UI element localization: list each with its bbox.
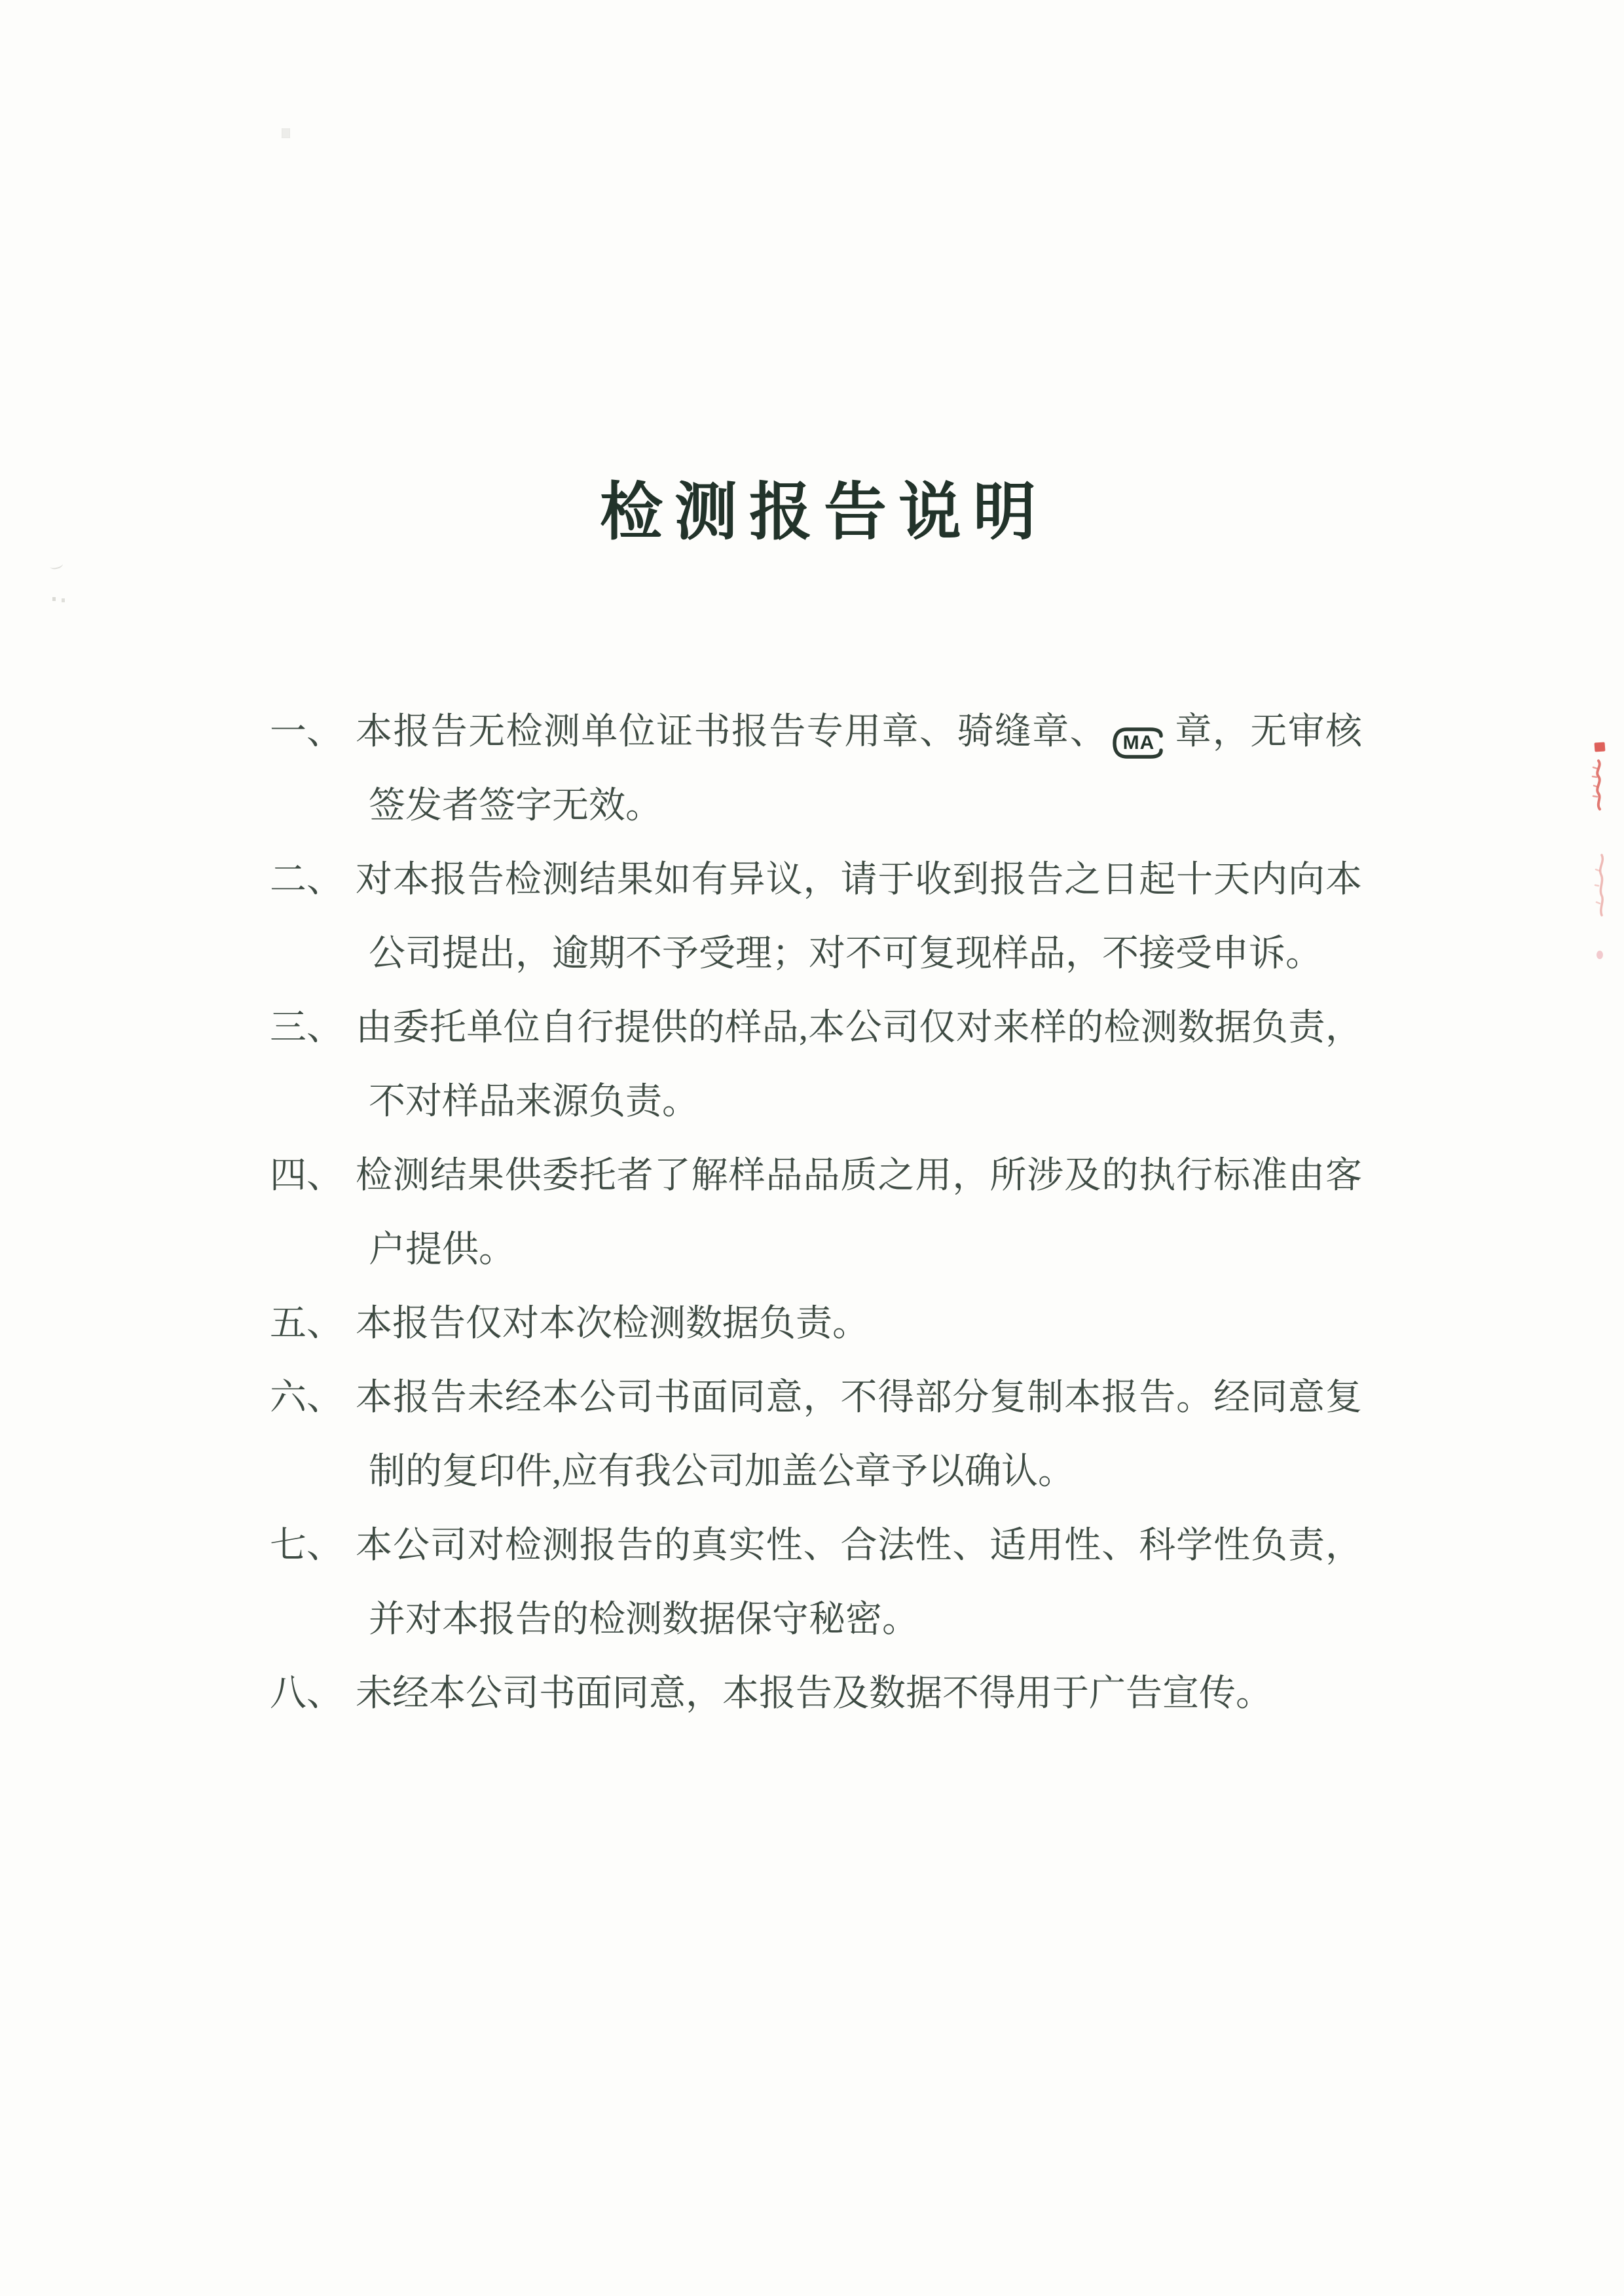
note-item-4: 四、 检测结果供委托者了解样品品质之用，所涉及的执行标准由客 户提供。 <box>270 1139 1362 1287</box>
note-item-1: 一、 本报告无检测单位证书报告专用章、骑缝章、MA章，无审核 签发者签字无效。 <box>270 695 1362 843</box>
note-line: 制的复印件,应有我公司加盖公章予以确认。 <box>356 1435 1362 1509</box>
note-line: 本报告未经本公司书面同意，不得部分复制本报告。经同意复 <box>356 1361 1362 1435</box>
item-number: 八、 <box>270 1657 356 1731</box>
cma-mark-icon: MA <box>1111 726 1170 760</box>
note-line: 本报告仅对本次检测数据负责。 <box>356 1287 1362 1361</box>
note-line: 不对样品来源负责。 <box>356 1065 1362 1139</box>
note-line: 本报告无检测单位证书报告专用章、骑缝章、MA章，无审核 <box>356 695 1362 769</box>
notes-list: 一、 本报告无检测单位证书报告专用章、骑缝章、MA章，无审核 签发者签字无效。 … <box>270 695 1362 1731</box>
note-item-8: 八、 未经本公司书面同意，本报告及数据不得用于广告宣传。 <box>270 1657 1362 1731</box>
note-line: 对本报告检测结果如有异议，请于收到报告之日起十天内向本 <box>356 843 1362 917</box>
note-item-6: 六、 本报告未经本公司书面同意，不得部分复制本报告。经同意复 制的复印件,应有我… <box>270 1361 1362 1509</box>
item-number: 一、 <box>270 695 356 843</box>
note-line: 由委托单位自行提供的样品,本公司仅对来样的检测数据负责， <box>356 991 1362 1065</box>
stamp-dot <box>1596 951 1603 959</box>
note-item-5: 五、 本报告仅对本次检测数据负责。 <box>270 1287 1362 1361</box>
scan-speck <box>49 560 64 571</box>
note-line: 未经本公司书面同意，本报告及数据不得用于广告宣传。 <box>356 1657 1362 1731</box>
stamp-fragment-bottom <box>1591 851 1608 923</box>
item-number: 二、 <box>270 843 356 991</box>
note-text: 本报告无检测单位证书报告专用章、骑缝章、 <box>356 712 1107 752</box>
note-line: 检测结果供委托者了解样品品质之用，所涉及的执行标准由客 <box>356 1139 1362 1213</box>
item-number: 七、 <box>270 1509 356 1657</box>
note-item-3: 三、 由委托单位自行提供的样品,本公司仅对来样的检测数据负责， 不对样品来源负责… <box>270 991 1362 1139</box>
note-item-2: 二、 对本报告检测结果如有异议，请于收到报告之日起十天内向本 公司提出，逾期不予… <box>270 843 1362 991</box>
note-item-7: 七、 本公司对检测报告的真实性、合法性、适用性、科学性负责， 并对本报告的检测数… <box>270 1509 1362 1657</box>
stamp-fragment-top <box>1588 738 1608 817</box>
note-text: 章，无审核 <box>1174 712 1362 752</box>
note-line: 本公司对检测报告的真实性、合法性、适用性、科学性负责， <box>356 1509 1362 1583</box>
item-number: 三、 <box>270 991 356 1139</box>
page-title: 检测报告说明 <box>0 477 1624 549</box>
item-number: 六、 <box>270 1361 356 1509</box>
note-line: 并对本报告的检测数据保守秘密。 <box>356 1583 1362 1657</box>
note-line: 签发者签字无效。 <box>356 769 1362 843</box>
note-line: 户提供。 <box>356 1213 1362 1287</box>
scan-speck <box>282 128 290 138</box>
document-page: 检测报告说明 一、 本报告无检测单位证书报告专用章、骑缝章、MA章，无审核 签发… <box>0 0 1624 2296</box>
item-number: 五、 <box>270 1287 356 1361</box>
note-line: 公司提出，逾期不予受理；对不可复现样品，不接受申诉。 <box>356 917 1362 991</box>
scan-speck <box>52 597 56 601</box>
item-number: 四、 <box>270 1139 356 1287</box>
